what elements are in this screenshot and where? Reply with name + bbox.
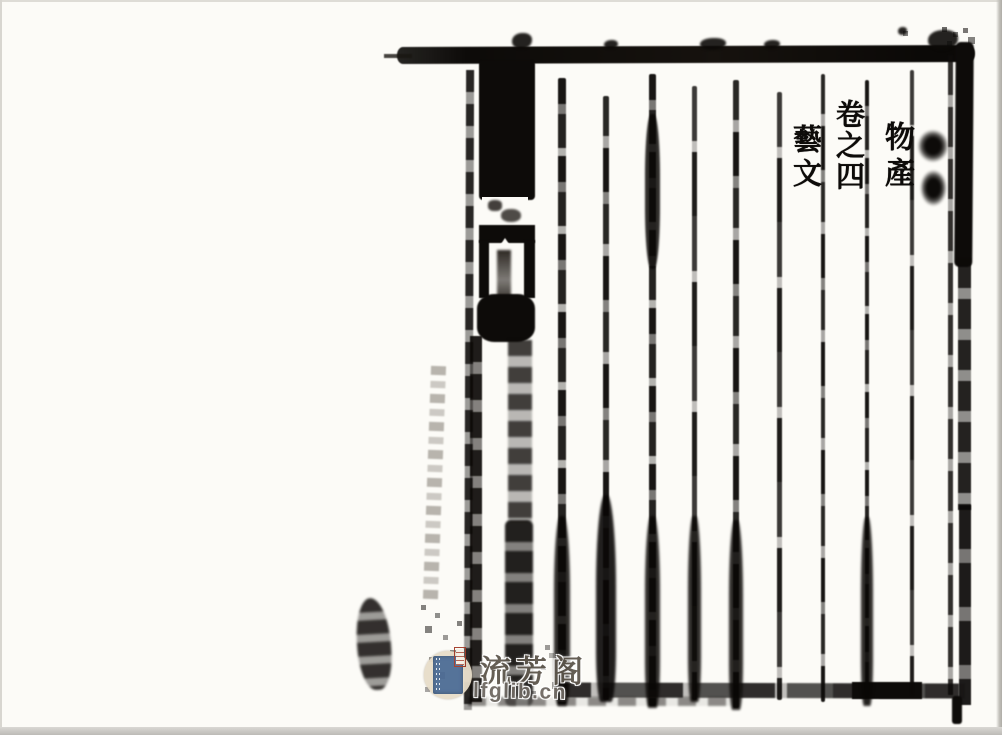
- column-rule: [558, 78, 566, 704]
- site-watermark: 流芳阁 lfglib.cn: [418, 644, 618, 712]
- text-column-wuchan: 物產: [874, 121, 918, 193]
- page-border-right: [958, 258, 971, 510]
- ink-blotch-detached: [355, 597, 394, 691]
- watermark-site-domain: lfglib.cn: [473, 679, 567, 705]
- page-border-right-descender: [952, 696, 962, 724]
- scan-edge-bottom: [0, 727, 1002, 735]
- text-column-yiwen: 藝文: [786, 124, 827, 192]
- ink-speckles: [540, 640, 543, 643]
- illegible-title-character: [915, 127, 951, 165]
- column-rule: [777, 92, 782, 700]
- spine-ink-band: [477, 294, 535, 342]
- column-rule: [649, 74, 656, 706]
- ink-smudge: [501, 209, 521, 222]
- spine-character-smudge: [497, 250, 511, 300]
- ink-smudge: [488, 200, 502, 211]
- book-title-slip-icon: [454, 647, 466, 667]
- ink-blotch: [898, 27, 907, 35]
- scanned-book-page: 物產 卷之四 藝文 流芳阁 lfglib.cn: [0, 0, 1002, 735]
- spine-ink-band: [479, 60, 535, 200]
- scan-edge-top: [0, 0, 1002, 2]
- page-border-right: [959, 505, 971, 705]
- spine-ink-band: [479, 240, 489, 298]
- illegible-title-character: [918, 167, 949, 209]
- page-border-top-tail: [384, 54, 412, 58]
- spine-ink-band: [524, 240, 535, 298]
- scan-edge-left: [0, 0, 2, 735]
- faint-marginal-text: [423, 366, 446, 599]
- ink-speckles: [418, 600, 421, 603]
- ink-speckles: [940, 24, 943, 27]
- column-rule: [692, 86, 697, 700]
- column-rule: [733, 80, 739, 708]
- page-border-right: [954, 42, 974, 267]
- spine-ragged-rule: [508, 340, 532, 522]
- column-rule: [603, 96, 609, 700]
- text-column-volume: 卷之四: [829, 99, 870, 192]
- scan-edge-right: [996, 0, 1002, 735]
